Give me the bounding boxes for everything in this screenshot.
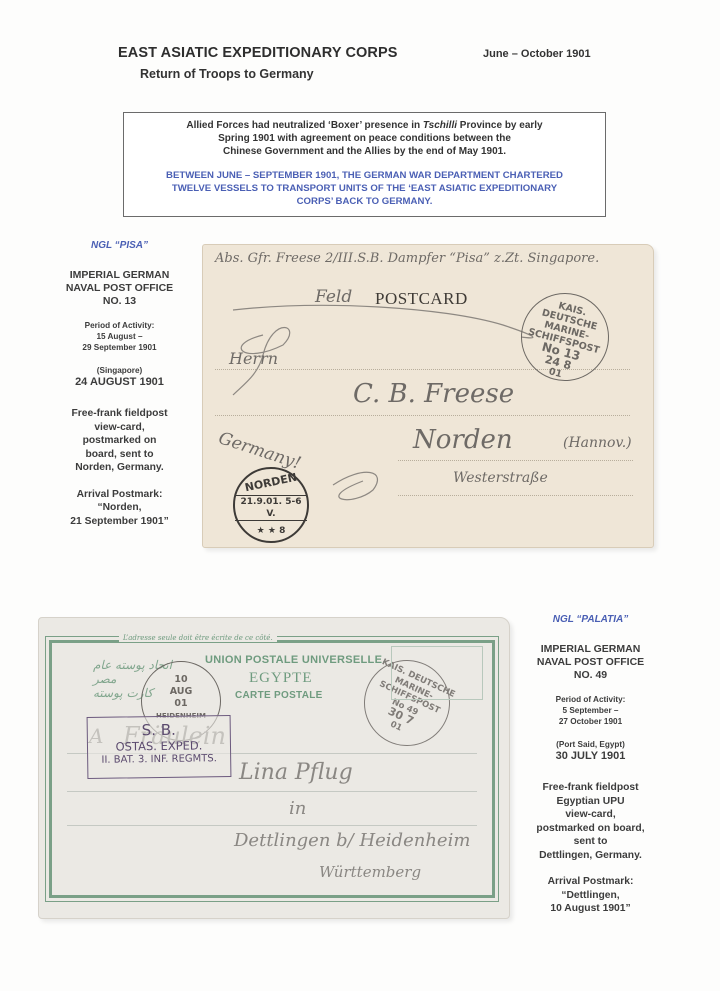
pisa-postcard-image: Abs. Gfr. Freese 2/III.S.B. Dampfer “Pis…: [202, 244, 654, 548]
postmark-place: (Singapore): [42, 365, 197, 376]
desc-line: sent to: [518, 835, 663, 849]
arrival-postmark-stamp: NORDEN 21.9.01. 5-6 V. ★ ★ 8: [233, 467, 309, 543]
intro-line: Chinese Government and the Allies by the…: [124, 145, 605, 158]
desc-line: Egyptian UPU: [518, 795, 663, 809]
in-handwriting: in: [289, 798, 306, 819]
intro-line: Allied Forces had neutralized ‘Boxer’ pr…: [124, 119, 605, 132]
period-line: Period of Activity:: [518, 694, 663, 705]
postmark-date: 30 JULY 1901: [518, 750, 663, 763]
stamp-stars: ★ ★ 8: [235, 525, 307, 537]
address-line: [398, 460, 633, 461]
arrival-line: Arrival Postmark:: [518, 875, 663, 889]
stamp-text: 01: [142, 698, 220, 710]
period-line: 5 September –: [518, 705, 663, 716]
upu-label: UNION POSTALE UNIVERSELLE.: [205, 654, 386, 666]
intro-box: Allied Forces had neutralized ‘Boxer’ pr…: [123, 112, 606, 217]
arrival-line: “Dettlingen,: [518, 889, 663, 903]
office-line: NO. 49: [518, 669, 663, 682]
period-of-activity: Period of Activity: 5 September – 27 Oct…: [518, 694, 663, 727]
period-line: 15 August –: [42, 331, 197, 342]
ship-name: NGL “PISA”: [42, 240, 197, 251]
arrival-postmark: Arrival Postmark: “Norden, 21 September …: [42, 488, 197, 529]
desc-line: postmarked on: [42, 434, 197, 448]
office-line: IMPERIAL GERMAN: [42, 269, 197, 282]
country-label: EGYPTE: [249, 670, 313, 687]
province-name: Tschilli: [423, 120, 457, 131]
town-handwriting: Norden: [413, 425, 513, 455]
desc-line: Free-frank fieldpost: [42, 407, 197, 421]
street-handwriting: Westerstraße: [453, 470, 548, 486]
card-description: Free-frank fieldpost Egyptian UPU view-c…: [518, 781, 663, 862]
office-line: NAVAL POST OFFICE: [518, 656, 663, 669]
page-title: EAST ASIATIC EXPEDITIONARY CORPS: [118, 45, 398, 61]
stamp-text: AUG: [142, 686, 220, 698]
intro-line: Spring 1901 with agreement on peace cond…: [124, 132, 605, 145]
address-line: [67, 791, 477, 792]
page-subtitle: Return of Troops to Germany: [140, 67, 314, 81]
period-line: 27 October 1901: [518, 716, 663, 727]
cachet-text: S. B.: [88, 720, 230, 740]
herrn-handwriting: Herrn: [229, 349, 278, 368]
desc-line: board, sent to: [42, 448, 197, 462]
stamp-box: [391, 646, 483, 700]
period-of-activity: Period of Activity: 15 August – 29 Septe…: [42, 320, 197, 353]
palatia-description: NGL “PALATIA” IMPERIAL GERMAN NAVAL POST…: [518, 614, 663, 916]
unit-cachet: S. B. OSTAS. EXPED. II. BAT. 3. INF. REG…: [87, 715, 232, 779]
arrival-line: “Norden,: [42, 501, 197, 515]
arrival-postmark: Arrival Postmark: “Dettlingen, 10 August…: [518, 875, 663, 916]
postmark-place: (Port Said, Egypt): [518, 739, 663, 750]
date-range: June – October 1901: [483, 48, 591, 60]
addressee-handwriting: Lina Pflug: [239, 760, 353, 785]
region-handwriting: (Hannov.): [563, 435, 632, 451]
desc-line: Norden, Germany.: [42, 461, 197, 475]
desc-line: view-card,: [518, 808, 663, 822]
intro-highlight-line: BETWEEN JUNE – SEPTEMBER 1901, THE GERMA…: [124, 169, 605, 182]
desc-line: postmarked on board,: [518, 822, 663, 836]
post-office-name: IMPERIAL GERMAN NAVAL POST OFFICE NO. 13: [42, 269, 197, 308]
banner-text: L’adresse seule doit être écrite de ce c…: [119, 634, 277, 642]
desc-line: Dettlingen, Germany.: [518, 849, 663, 863]
card-type-label: CARTE POSTALE: [235, 690, 323, 701]
ship-name: NGL “PALATIA”: [518, 614, 663, 625]
arrival-line: Arrival Postmark:: [42, 488, 197, 502]
office-line: NO. 13: [42, 295, 197, 308]
region-handwriting: Württemberg: [319, 863, 421, 881]
addressee-handwriting: C. B. Freese: [353, 379, 514, 409]
stamp-text: 21.9.01. 5-6 V.: [235, 495, 307, 521]
postmark-date: 24 AUGUST 1901: [42, 376, 197, 389]
cachet-text: II. BAT. 3. INF. REGMTS.: [88, 752, 230, 767]
period-line: Period of Activity:: [42, 320, 197, 331]
post-office-name: IMPERIAL GERMAN NAVAL POST OFFICE NO. 49: [518, 643, 663, 682]
period-line: 29 September 1901: [42, 342, 197, 353]
desc-line: view-card,: [42, 421, 197, 435]
address-line: [398, 495, 633, 496]
town-handwriting: Dettlingen b/ Heidenheim: [234, 830, 470, 851]
arrival-line: 21 September 1901”: [42, 515, 197, 529]
office-line: NAVAL POST OFFICE: [42, 282, 197, 295]
palatia-postcard-image: L’adresse seule doit être écrite de ce c…: [38, 617, 510, 919]
card-description: Free-frank fieldpost view-card, postmark…: [42, 407, 197, 475]
address-line: [215, 415, 630, 416]
office-line: IMPERIAL GERMAN: [518, 643, 663, 656]
address-line: [67, 825, 477, 826]
intro-highlight-line: TWELVE VESSELS TO TRANSPORT UNITS OF THE…: [124, 182, 605, 195]
arrival-line: 10 August 1901”: [518, 902, 663, 916]
desc-line: Free-frank fieldpost: [518, 781, 663, 795]
stamp-text: 10: [142, 674, 220, 686]
pisa-description: NGL “PISA” IMPERIAL GERMAN NAVAL POST OF…: [42, 240, 197, 528]
intro-highlight-line: CORPS’ BACK TO GERMANY.: [124, 195, 605, 208]
